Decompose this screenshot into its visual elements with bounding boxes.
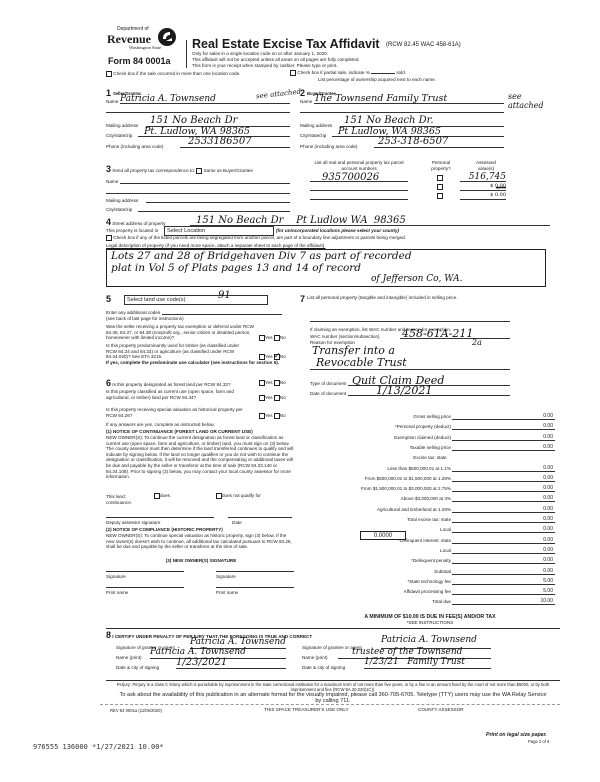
does-checkbox[interactable] [154, 493, 160, 499]
calc-label: Above $3,000,000 at 3% [256, 496, 451, 502]
does-not-checkbox[interactable] [216, 493, 222, 499]
header-divider [186, 40, 187, 68]
multi-location-checkbox[interactable] [106, 71, 112, 77]
buyer-phone-label: Phone (including area code) [300, 144, 357, 150]
current-use-question: Is this property classified as current u… [106, 389, 256, 400]
calc-leader-line [452, 532, 490, 533]
deputy-signature-field[interactable] [106, 510, 214, 518]
seller-phone-label: Phone (including area code) [106, 144, 163, 150]
calc-value-field[interactable]: 0.00 [490, 568, 555, 575]
exemption-question-options: Yes No [259, 335, 286, 341]
owner-signature-label-2: Signature [216, 574, 236, 580]
calc-leader-line [452, 594, 490, 595]
owner-signature-field-1[interactable] [106, 566, 184, 572]
notice-line-2: This affidavit will not be accepted unle… [192, 57, 360, 63]
forest-options: Yes No [259, 380, 286, 386]
calc-value-field[interactable]: 0.00 [490, 495, 555, 502]
notice-line-3: This form is your receipt when stamped b… [192, 63, 338, 69]
calc-label: From $500,000.01 to $1,500,000 at 1.28% [256, 476, 451, 482]
wac-number-field[interactable]: 458-61A-211 [400, 327, 510, 339]
owner-print-field-1[interactable] [106, 582, 184, 588]
multi-location-row: Check box if the sale occurred in more t… [106, 71, 240, 77]
same-as-buyer-checkbox[interactable] [196, 168, 202, 174]
buyer-name-label: Name [300, 99, 312, 105]
corr-name-label: Name [106, 179, 118, 185]
calc-value-field[interactable]: 0.00 [490, 434, 555, 441]
additional-codes-field[interactable] [162, 309, 282, 315]
grantor-name-label: Name (print) [116, 655, 142, 661]
calc-label: Local [256, 527, 451, 533]
assessed-value-field[interactable]: 516,745 $0.00 [460, 173, 506, 182]
grantee-name-label: Name (print) [302, 655, 328, 661]
calc-value-field[interactable]: 0.00 [490, 444, 555, 451]
land-use-select[interactable]: Select land use code(s) [124, 295, 268, 305]
calc-value-field[interactable]: 0.00 [490, 547, 555, 554]
personal-property-checkbox[interactable] [437, 193, 443, 199]
calc-leader-line [452, 429, 490, 430]
dor-logo-icon [157, 27, 177, 47]
timber-note: If yes, complete the predominate use cal… [106, 360, 286, 366]
parcel-number-field[interactable]: 935700026 [310, 173, 408, 182]
section-8-number: 8 [106, 630, 111, 640]
partial-sale-row: Check box if partial sale, indicate % so… [290, 70, 406, 76]
street-address-row: 4 Street address of property [106, 217, 165, 228]
parcel-row: $ 0.00 [300, 182, 510, 191]
calc-label: Total excise tax: state [256, 517, 451, 523]
page-number: Page 2 of 6 [528, 739, 549, 744]
calc-value-field[interactable]: 0.00 [490, 537, 555, 544]
reason-field[interactable]: Revocable Trust [310, 356, 510, 370]
personal-property-checkbox[interactable] [437, 175, 443, 181]
calc-value-field[interactable]: 0.00 [490, 423, 555, 430]
doc-date-label: Date of document [310, 391, 346, 397]
parcel-number-field[interactable] [310, 191, 408, 200]
historic-question: Is this property receiving special valua… [106, 407, 251, 418]
multi-location-label: Check box if the sale occurred in more t… [113, 71, 240, 76]
calc-value-field[interactable]: 5.00 [490, 578, 555, 585]
doc-date-field[interactable]: 1/13/2021 [348, 384, 510, 396]
wac-subsection: 2a [472, 338, 482, 348]
calc-leader-line [452, 543, 490, 544]
calc-label: Exemption claimed (deduct) [256, 435, 451, 441]
located-in-label: This property is located in [106, 228, 158, 234]
personal-property-label: List all personal property (tangible and… [307, 295, 507, 301]
section-6-number: 6 [106, 378, 111, 388]
buyer-city-label: City/state/zip [300, 133, 326, 139]
timber-question: Is this property predominantly used for … [106, 343, 251, 360]
calc-label: *Delinquent interest: state [256, 538, 451, 544]
calc-leader-line [452, 450, 490, 451]
this-land-label: This land: [106, 494, 126, 500]
exemption-yes-checkbox[interactable] [259, 335, 265, 341]
grantee-date-label: Date & city of signing [302, 665, 345, 671]
same-as-buyer-label: Same as Buyer/Grantee [204, 168, 253, 173]
calc-label: Taxable selling price [256, 445, 451, 451]
calc-label: Excise tax: state [300, 455, 560, 461]
section-3-number: 3 [106, 164, 111, 174]
calc-leader-line [452, 604, 490, 605]
ownership-note: List percentage of ownership acquired ne… [318, 77, 436, 83]
parcels-col-personal-header: Personal property? [425, 160, 457, 172]
parcel-row: 935700026 516,745 $0.00 [300, 173, 510, 182]
current-use-yes-checkbox[interactable] [259, 395, 265, 401]
seller-phone-field[interactable]: 2533186507 [180, 136, 290, 148]
calc-label: Gross selling price [256, 414, 451, 420]
street-address-label: Street address of property [112, 221, 165, 226]
county-assessor-label: COUNTY ASSESSOR [418, 707, 464, 713]
does-not-option: does not qualify for [216, 493, 261, 499]
calc-label: Less than $500,000.01 at 1.1% [256, 466, 451, 472]
street-address-field[interactable]: 151 No Beach Dr Pt Ludlow WA 98365 [190, 215, 550, 226]
certification-section: 8 I CERTIFY UNDER PENALTY OF PERJURY THA… [106, 628, 560, 678]
segregated-row: Check box if any of the listed parcels a… [106, 235, 406, 241]
deputy-date-label: Date [232, 520, 242, 526]
calc-label: *Delinquent penalty [256, 558, 451, 564]
calc-leader-line [452, 481, 490, 482]
calc-value-field[interactable]: 0.00 [490, 475, 555, 482]
grantor-date-field[interactable]: 1/23/2021 [176, 657, 286, 669]
dor-logo-block: Department of Revenue Washington State [107, 26, 179, 60]
calc-label: Agricultural and timberland at 1.28% [256, 507, 451, 513]
calc-value-field[interactable]: 0.00 [490, 465, 555, 472]
notice-line-1: Only for sales in a single location code… [192, 51, 328, 57]
calc-value-field[interactable]: 0.00 [490, 557, 555, 564]
corr-mailing-label: Mailing address [106, 198, 138, 204]
section-2-number: 2 [300, 88, 305, 99]
seller-mailing-label: Mailing address [106, 123, 138, 129]
section-5-number: 5 [106, 294, 111, 305]
buyer-mailing-label: Mailing address [300, 123, 332, 129]
parcels-col-numbers-header: List all real and personal property tax … [310, 160, 408, 172]
calc-label: Subtotal [256, 569, 451, 575]
property-section: 4 Street address of property 151 No Beac… [106, 215, 560, 295]
forest-yes-checkbox[interactable] [259, 380, 265, 386]
forest-no-checkbox[interactable] [274, 380, 280, 386]
owner-print-label-2: Print name [216, 590, 238, 596]
calc-leader-line [452, 574, 490, 575]
forest-question-row: 6 Is this property designated as forest … [106, 378, 231, 389]
calc-leader-line [452, 563, 490, 564]
grantor-date-label: Date & city of signing [116, 665, 159, 671]
seller-section: 1 Seller/Grantor Name Patricia A. Townse… [106, 88, 296, 168]
location-note: (for unincorporated locations please sel… [276, 228, 399, 234]
corr-name-line-2[interactable] [106, 188, 290, 194]
land-use-code: 91 [218, 290, 231, 302]
parcel-number-field[interactable] [310, 182, 408, 191]
seller-name-line-2[interactable] [106, 106, 290, 113]
partial-sale-label: Check box if partial sale, indicate % [297, 70, 370, 75]
calc-value-field[interactable]: 0.00 [490, 516, 555, 523]
buyer-phone-field[interactable]: 253-318-6507 [374, 136, 504, 148]
notice-continuance-body: NEW OWNER(S): To continue the current de… [106, 435, 296, 480]
calc-label: Affidavit processing fee [256, 589, 451, 595]
calc-leader-line [452, 512, 490, 513]
legal-description-label: Legal description of property (if you ne… [106, 243, 326, 249]
seller-name-label: Name [106, 99, 118, 105]
legal-line-2: plat in Vol 5 of Plats pages 13 and 14 o… [111, 262, 541, 274]
footer-divider [100, 704, 560, 705]
calc-leader-line [452, 491, 490, 492]
owner-print-label-1: Print name [106, 590, 128, 596]
does-option: does [154, 493, 170, 499]
calc-leader-line [452, 501, 490, 502]
calc-label: Total due [256, 599, 451, 605]
additional-codes-label: Enter any additional codes [106, 310, 160, 316]
calc-value-field[interactable]: 0.00 [490, 485, 555, 492]
correspondence-label: Send all property tax correspondence to: [112, 168, 195, 173]
calc-label: *Personal property (deduct) [256, 424, 451, 430]
exemption-question: Was the seller receiving a property tax … [106, 324, 256, 341]
form-citation: (RCW 82.45 WAC 458-61A) [386, 42, 461, 49]
notice-compliance-title: (2) NOTICE OF COMPLIANCE (HISTORIC PROPE… [106, 527, 223, 533]
corr-name-field[interactable] [120, 178, 290, 184]
calc-leader-line [452, 440, 490, 441]
section-1-number: 1 [106, 88, 111, 99]
partial-sale-percent-field[interactable] [371, 73, 395, 74]
partial-sale-suffix: sold. [396, 70, 406, 75]
segregated-label: Check box if any of the listed parcels a… [113, 235, 406, 240]
personal-property-checkbox[interactable] [437, 184, 443, 190]
continuance-label: continuance. [106, 500, 132, 506]
parcels-col-value-header: Assessed value(s) [468, 160, 504, 172]
segregated-checkbox[interactable] [106, 235, 112, 241]
see-instructions-note: *SEE INSTRUCTIONS [300, 620, 560, 626]
partial-sale-checkbox[interactable] [290, 70, 296, 76]
corr-city-field[interactable] [138, 206, 290, 212]
assessed-value-field[interactable]: $ 0.00 [460, 191, 506, 200]
cashier-stamp: 976555 136000 *1/27/2021 10.00* [33, 743, 164, 751]
buyer-section: 2 Buyer/Grantee Name The Townsend Family… [300, 88, 560, 168]
accessibility-notice: To ask about the availability of this pu… [118, 692, 548, 704]
calc-label: From $1,500,000.01 to $3,000,000 at 2.75… [256, 486, 451, 492]
calc-value-field[interactable]: 10.00 [490, 598, 555, 605]
treasurer-use-label: THIS SPACE TREASURER'S USE ONLY [264, 707, 349, 713]
notice-continuance-title: (1) NOTICE OF CONTINUANCE (FOREST LAND O… [106, 429, 253, 435]
section-4-number: 4 [106, 217, 111, 227]
calc-value-field[interactable]: 0.00 [490, 526, 555, 533]
correspondence-row: 3 Send all property tax correspondence t… [106, 164, 253, 175]
current-use-options: Yes No [259, 395, 286, 401]
current-use-no-checkbox[interactable] [274, 395, 280, 401]
local-rate-box[interactable]: 0.0000 [360, 531, 406, 540]
doc-type-label: Type of document [310, 381, 347, 387]
buyer-name-line-2[interactable] [300, 106, 504, 113]
legal-line-3: of Jefferson Co, WA. [111, 274, 541, 285]
legal-line-1: Lots 27 and 28 of Bridgehaven Div 7 as p… [111, 250, 541, 262]
calc-leader-line [452, 522, 490, 523]
deputy-signature-label: Deputy assessor signature [106, 520, 160, 526]
calc-value-field[interactable]: 5.00 [490, 588, 555, 595]
if-yes-note: If any answers are yes, complete as inst… [106, 422, 215, 428]
calc-leader-line [452, 419, 490, 420]
legal-paper-note: Print on legal size paper. [486, 732, 547, 738]
assessed-value-field[interactable]: $ 0.00 [460, 182, 506, 191]
form-title: Real Estate Excise Tax Affidavit [192, 37, 380, 52]
buyer-name-note: see attached [508, 92, 548, 110]
grantee-date-field[interactable]: 1/23/21 Family Trust [364, 657, 491, 669]
calc-label: Local [256, 548, 451, 554]
see-back-note: (see back of last page for instructions) [106, 316, 184, 322]
parcels-section: List all real and personal property tax … [300, 160, 560, 210]
perjury-notice: Perjury: Perjury is a class C felony whi… [106, 680, 560, 692]
legal-description-field[interactable]: Lots 27 and 28 of Bridgehaven Div 7 as p… [106, 249, 546, 287]
forest-question: Is this property designated as forest la… [112, 382, 230, 387]
calc-leader-line [452, 553, 490, 554]
wac-number-label: WAC number (section/subsection) [310, 334, 380, 340]
owner-signature-label-1: Signature [106, 574, 126, 580]
seller-city-label: City/state/zip [106, 133, 132, 139]
calc-leader-line [452, 471, 490, 472]
calc-leader-line [452, 584, 490, 585]
section-7-number: 7 [300, 294, 305, 305]
buyer-name-field[interactable]: The Townsend Family Trust [314, 93, 504, 104]
parcel-row: $ 0.00 [300, 191, 510, 200]
revision-label: REV 84 0001a (11/06/2020) [110, 708, 162, 713]
personal-property-field[interactable] [310, 316, 510, 322]
calc-value-field[interactable]: 0.00 [490, 413, 555, 420]
corr-mailing-field[interactable] [146, 197, 290, 203]
calc-value-field[interactable]: 0.00 [490, 506, 555, 513]
form-number: Form 84 0001a [108, 56, 171, 67]
exemption-no-checkbox[interactable] [274, 335, 280, 341]
calc-label: *State technology fee [256, 579, 451, 585]
section-7: 7 List all personal property (tangible a… [300, 294, 560, 414]
corr-city-label: City/state/zip [106, 207, 132, 213]
